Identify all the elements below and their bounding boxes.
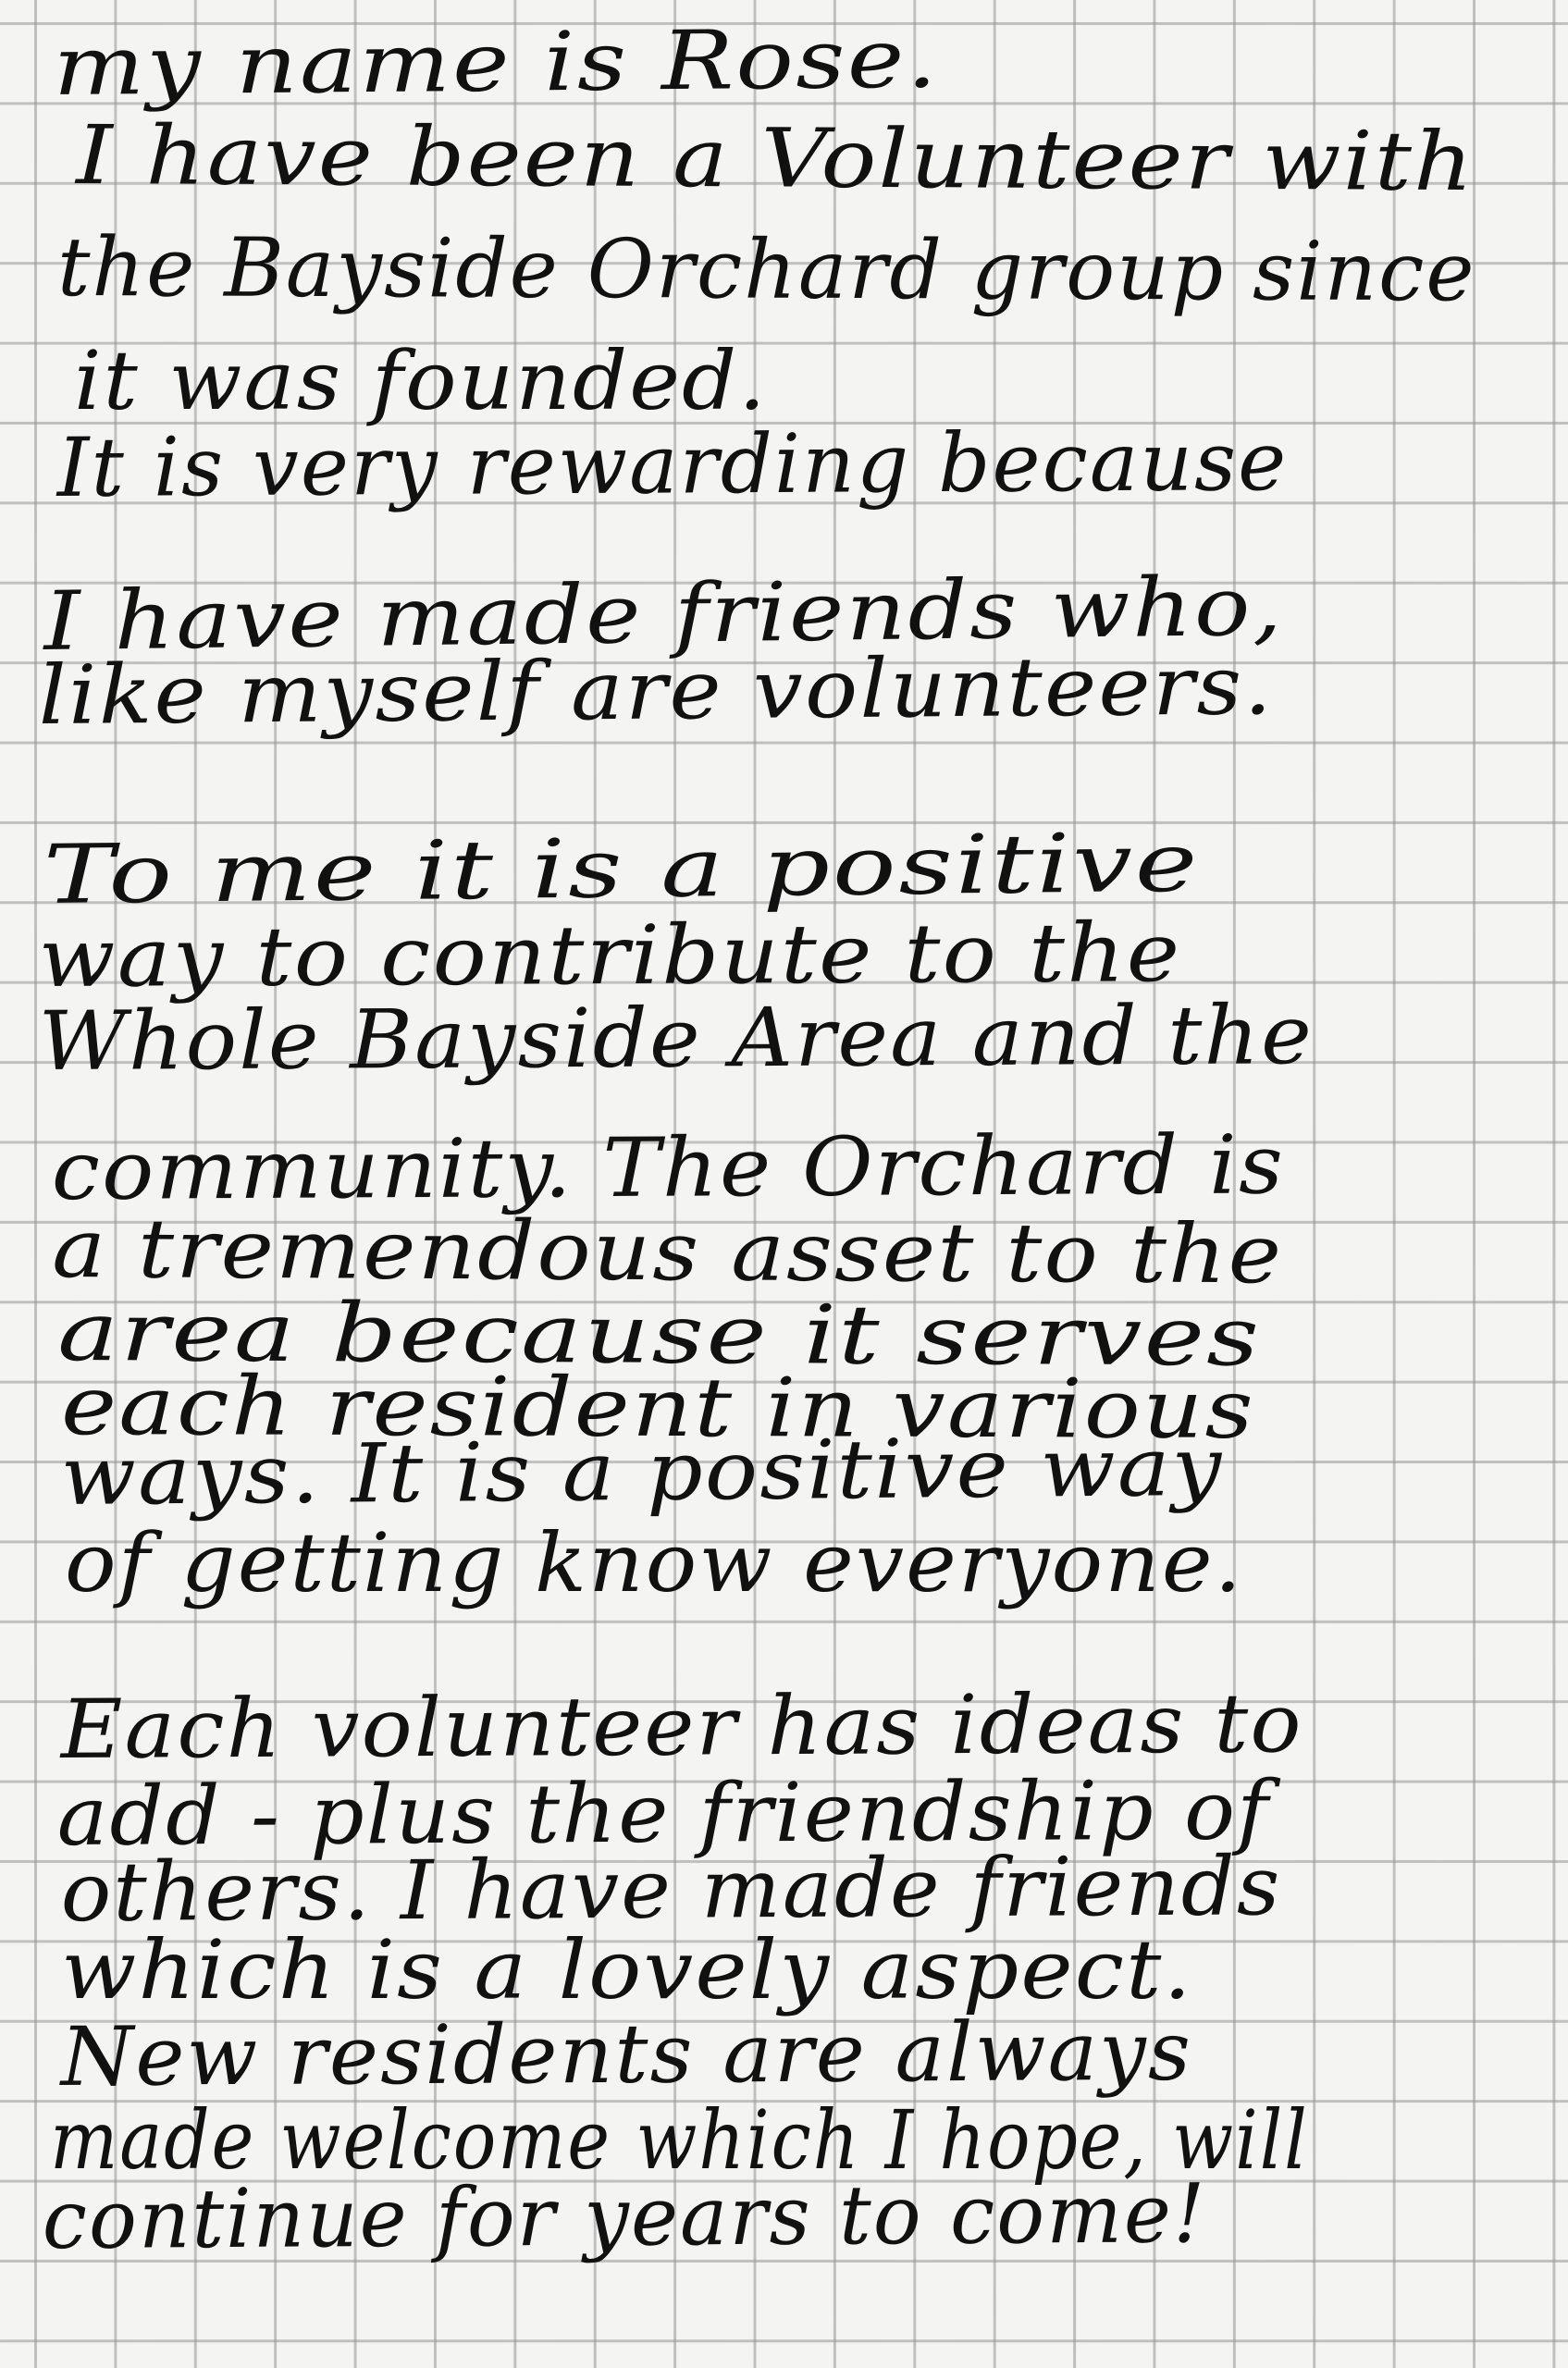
handwritten-line: like myself are volunteers. <box>38 645 1274 736</box>
handwritten-line: of getting know everyone. <box>65 1523 1243 1604</box>
handwritten-line: Each volunteer has ideas to <box>61 1683 1303 1770</box>
handwritten-line: the Bayside Orchard group since <box>57 227 1476 313</box>
handwritten-line: continue for years to come! <box>43 2173 1207 2261</box>
handwritten-line: Whole Bayside Area and the <box>39 994 1315 1082</box>
handwritten-line: ways. It is a positive way <box>60 1426 1224 1517</box>
handwritten-line: my name is Rose. <box>53 18 940 107</box>
handwritten-line: it was founded. <box>74 340 768 422</box>
handwritten-line: community. The Orchard is <box>52 1124 1286 1212</box>
handwritten-line: New residents are always <box>61 2011 1193 2098</box>
handwritten-line: I have been a Volunteer with <box>76 115 1475 203</box>
handwritten-line: way to contribute to the <box>38 912 1181 999</box>
handwritten-line: a tremendous asset to the <box>52 1208 1283 1295</box>
handwritten-line: others. I have made friends <box>61 1845 1282 1933</box>
handwritten-line: It is very rewarding because <box>57 421 1289 509</box>
handwritten-line: which is a lovely aspect. <box>61 1930 1193 2011</box>
grid-paper-page: my name is Rose. I have been a Volunteer… <box>0 0 1568 2368</box>
handwritten-line: To me it is a positive <box>43 822 1200 916</box>
